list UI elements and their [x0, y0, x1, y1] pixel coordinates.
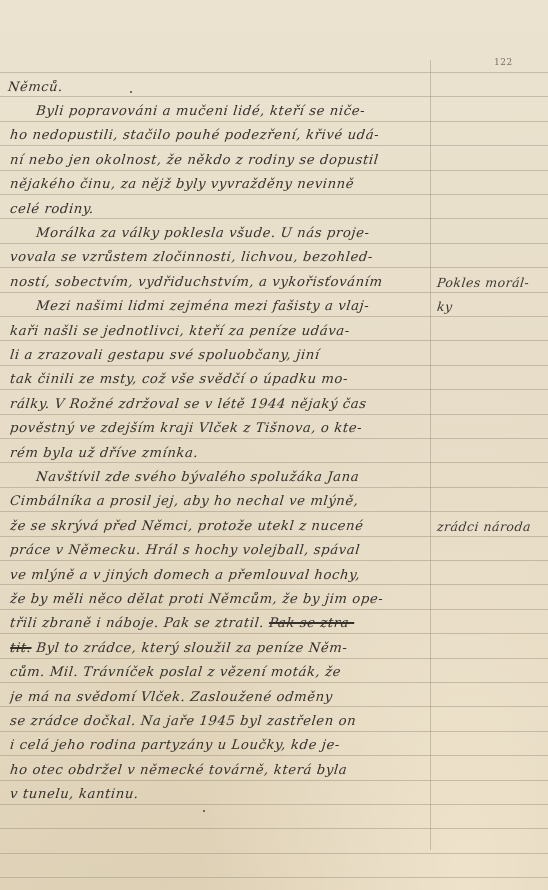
ruled-line [0, 170, 548, 171]
manuscript-line: i celá jeho rodina partyzány u Loučky, k… [9, 738, 431, 754]
ink-speck [203, 810, 205, 812]
ruled-line [0, 145, 548, 146]
ruled-line [0, 389, 548, 390]
manuscript-line: že by měli něco dělat proti Němcům, že b… [9, 592, 431, 608]
ink-speck [130, 91, 132, 93]
margin-note: ky [436, 299, 546, 315]
manuscript-line: třili zbraně i náboje. Pak se ztratil. P… [9, 616, 431, 632]
manuscript-line: ve mlýně a v jiných domech a přemlouval … [9, 568, 431, 584]
ruled-line [0, 706, 548, 707]
manuscript-line: kaři našli se jednotlivci, kteří za pení… [9, 324, 431, 340]
ruled-line [0, 804, 548, 805]
manuscript-line: cům. Mil. Trávníček poslal z vězení motá… [9, 665, 431, 681]
manuscript-line: li a zrazovali gestapu své spoluobčany, … [9, 348, 431, 364]
manuscript-line: celé rodiny. [9, 202, 431, 218]
manuscript-line: ností, sobectvím, vydřiduchstvím, a vyko… [9, 275, 431, 291]
manuscript-line: že se skrývá před Němci, protože utekl z… [9, 519, 431, 535]
manuscript-line: Cimbálníka a prosil jej, aby ho nechal v… [9, 494, 431, 510]
struck-text: tit. [9, 641, 32, 656]
ruled-line [0, 755, 548, 756]
ruled-line [0, 536, 548, 537]
manuscript-line: je má na svědomí Vlček. Zasloužené odměn… [9, 690, 431, 706]
margin-note: zrádci národa [436, 519, 546, 535]
manuscript-line: Byli popravováni a mučeni lidé, kteří se… [35, 104, 431, 120]
manuscript-line: Morálka za války poklesla všude. U nás p… [35, 226, 431, 242]
ruled-line [0, 316, 548, 317]
ruled-line [0, 853, 548, 854]
ruled-line [0, 658, 548, 659]
manuscript-line: vovala se vzrůstem zločinnosti, lichvou,… [9, 250, 431, 266]
manuscript-line: pověstný ve zdejším kraji Vlček z Tišnov… [9, 421, 431, 437]
ruled-line [0, 633, 548, 634]
ruled-line [0, 682, 548, 683]
ruled-line [0, 828, 548, 829]
ruled-line [0, 584, 548, 585]
ruled-line [0, 414, 548, 415]
manuscript-line: práce v Německu. Hrál s hochy volejball,… [9, 543, 431, 559]
margin-note: Pokles morál- [436, 275, 546, 291]
ruled-line [0, 194, 548, 195]
ruled-line [0, 487, 548, 488]
ruled-line [0, 96, 548, 97]
page-number: 122 [494, 58, 513, 68]
manuscript-line: ho otec obdržel v německé továrně, která… [9, 763, 431, 779]
ruled-line [0, 609, 548, 610]
manuscript-line: ní nebo jen okolnost, že někdo z rodiny … [9, 153, 431, 169]
section-title: Němců. [7, 80, 429, 96]
ruled-line [0, 340, 548, 341]
manuscript-line: v tunelu, kantinu. [9, 787, 431, 803]
manuscript-page: 122 Němců. Byli popravováni a mučeni lid… [0, 0, 548, 890]
ruled-line [0, 780, 548, 781]
ruled-line [0, 121, 548, 122]
ruled-line [0, 731, 548, 732]
manuscript-line: nějakého činu, za nějž byly vyvražděny n… [9, 177, 431, 193]
ruled-line [0, 438, 548, 439]
struck-text: Pak se ztra- [268, 616, 355, 631]
manuscript-line: rálky. V Rožné zdržoval se v létě 1944 n… [9, 397, 431, 413]
ruled-line [0, 292, 548, 293]
ruled-line [0, 560, 548, 561]
ruled-line [0, 218, 548, 219]
ruled-line [0, 511, 548, 512]
manuscript-line: tak činili ze msty, což vše svědčí o úpa… [9, 372, 431, 388]
manuscript-line: se zrádce dočkal. Na jaře 1945 byl zastř… [9, 714, 431, 730]
ruled-line [0, 243, 548, 244]
ruled-line [0, 462, 548, 463]
manuscript-line: Navštívil zde svého bývalého spolužáka J… [35, 470, 431, 486]
manuscript-line: rém byla už dříve zmínka. [9, 446, 431, 462]
ruled-line [0, 72, 548, 73]
manuscript-line: tit. Byl to zrádce, který sloužil za pen… [9, 641, 431, 657]
ruled-line [0, 267, 548, 268]
ruled-line [0, 877, 548, 878]
manuscript-line: Mezi našimi lidmi zejména mezi fašisty a… [35, 299, 431, 315]
manuscript-line: ho nedopustili, stačilo pouhé podezření,… [9, 128, 431, 144]
ruled-line [0, 365, 548, 366]
